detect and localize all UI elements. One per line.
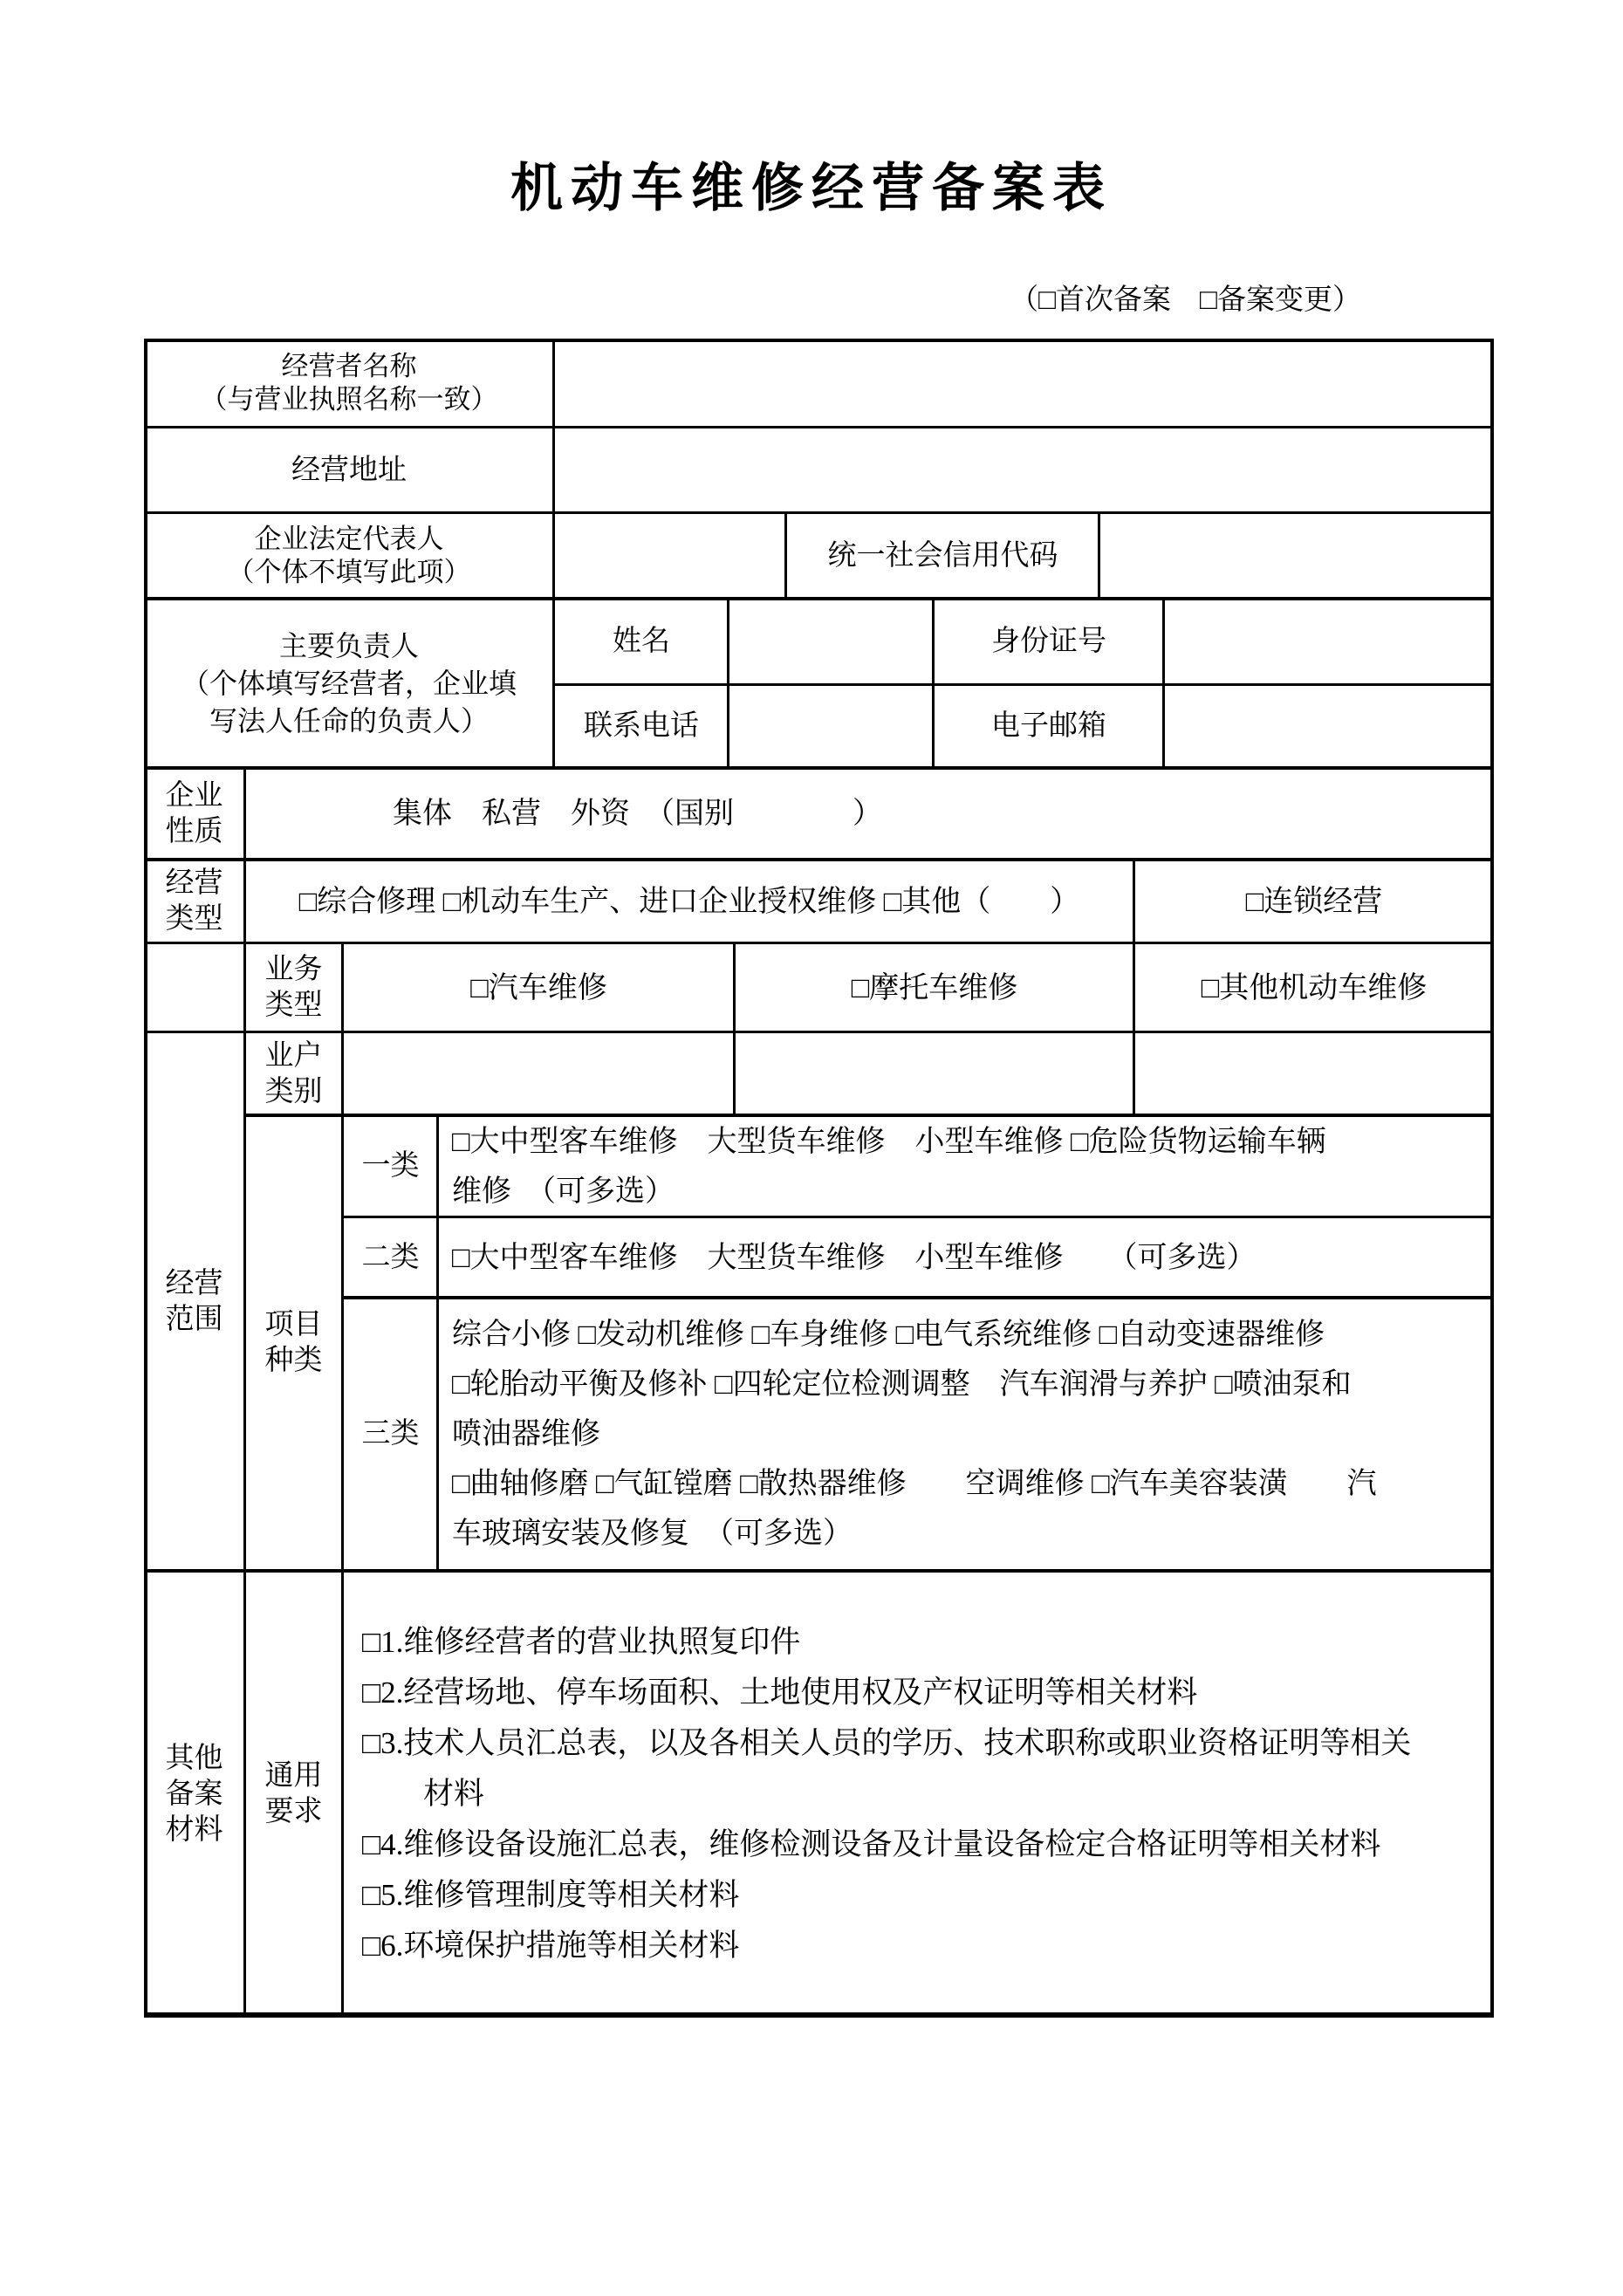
- option-line[interactable]: □大中型客车维修 大型货车维修 小型车维修 （可多选）: [452, 1233, 1257, 1283]
- label-line: 业户: [265, 1038, 323, 1074]
- option-line[interactable]: 集体 私营 外资 （国别 ）: [393, 789, 882, 839]
- legal-rep-value[interactable]: [554, 513, 786, 599]
- label-line: 类别: [265, 1074, 323, 1110]
- class1-options[interactable]: □大中型客车维修 大型货车维修 小型车维修 □危险货物运输车辆 维修 （可多选）: [438, 1115, 1494, 1217]
- label-line: 联系电话: [584, 709, 699, 744]
- label-line: 写法人任命的负责人）: [209, 703, 489, 740]
- credit-code-label: 统一社会信用代码: [786, 513, 1099, 599]
- label-line: 经营地址: [291, 453, 407, 489]
- label-line: 类型: [265, 988, 323, 1024]
- materials-checklist: □1.维修经营者的营业执照复印件 □2.经营场地、停车场面积、土地使用权及产权证…: [343, 1571, 1494, 2018]
- name-value[interactable]: [729, 599, 934, 685]
- label-line: 身份证号: [991, 624, 1106, 660]
- operator-name-label: 经营者名称 （与营业执照名称一致）: [144, 339, 554, 428]
- option-line[interactable]: 喷油器维修: [452, 1409, 600, 1459]
- class3-options[interactable]: 综合小修 □发动机维修 □车身维修 □电气系统维修 □自动变速器维修 □轮胎动平…: [438, 1298, 1494, 1571]
- id-number-value[interactable]: [1164, 599, 1494, 685]
- operator-category-value-1[interactable]: [343, 1032, 735, 1115]
- label-line: 备案: [166, 1777, 223, 1813]
- checklist-item[interactable]: □2.经营场地、停车场面积、土地使用权及产权证明等相关材料: [362, 1668, 1197, 1718]
- checklist-item[interactable]: □4.维修设备设施汇总表，维修检测设备及计量设备检定合格证明等相关材料: [362, 1820, 1380, 1870]
- option-line[interactable]: □其他机动车维修: [1202, 963, 1428, 1013]
- filing-type-options[interactable]: （□首次备案 □备案变更）: [1010, 281, 1361, 319]
- label-line: 姓名: [613, 624, 670, 660]
- filing-form-table: 经营者名称 （与营业执照名称一致） 经营地址 企业法定代表人 （个体不填写此项）…: [144, 339, 1494, 2018]
- form-title: 机动车维修经营备案表: [0, 147, 1623, 222]
- checklist-item[interactable]: □1.维修经营者的营业执照复印件: [362, 1617, 800, 1668]
- business-scope-label: 经营 范围: [144, 1032, 244, 1571]
- class3-label: 三类: [343, 1298, 438, 1571]
- business-type-label: 经营 类型: [144, 860, 244, 943]
- label-line: 其他: [166, 1741, 223, 1777]
- option-line[interactable]: □大中型客车维修 大型货车维修 小型车维修 □危险货物运输车辆: [452, 1117, 1326, 1167]
- label-line: 统一社会信用代码: [828, 538, 1058, 574]
- option-line[interactable]: 车玻璃安装及修复 （可多选）: [452, 1509, 853, 1559]
- enterprise-nature-label: 企业 性质: [144, 768, 244, 860]
- other-materials-label: 其他 备案 材料: [144, 1571, 244, 2018]
- label-line: 范围: [166, 1302, 223, 1338]
- legal-rep-label: 企业法定代表人 （个体不填写此项）: [144, 513, 554, 599]
- business-type-options[interactable]: □综合修理 □机动车生产、进口企业授权维修 □其他（ ）: [244, 860, 1134, 943]
- service-type-label: 业务 类型: [244, 943, 343, 1032]
- label-line: 电子邮箱: [991, 709, 1106, 744]
- checklist-item[interactable]: □5.维修管理制度等相关材料: [362, 1870, 739, 1921]
- service-type-spacer: [144, 943, 244, 1032]
- label-line: 经营者名称: [282, 350, 417, 383]
- label-line: 业务: [265, 952, 323, 988]
- option-line[interactable]: □综合修理 □机动车生产、进口企业授权维修 □其他（ ）: [299, 877, 1080, 927]
- option-other-vehicle-repair[interactable]: □其他机动车维修: [1134, 943, 1494, 1032]
- label-line: 通用: [265, 1758, 323, 1794]
- label-line: 经营: [166, 866, 223, 901]
- operator-category-value-3[interactable]: [1134, 1032, 1494, 1115]
- label-line: 种类: [265, 1343, 323, 1379]
- label-line: 一类: [362, 1148, 420, 1184]
- option-line[interactable]: □汽车维修: [470, 963, 607, 1013]
- phone-value[interactable]: [729, 685, 934, 768]
- label-line: 要求: [265, 1794, 323, 1830]
- label-line: 二类: [362, 1240, 420, 1276]
- label-line: 企业法定代表人: [255, 523, 444, 556]
- principal-label: 主要负责人 （个体填写经营者，企业填 写法人任命的负责人）: [144, 599, 554, 768]
- class1-label: 一类: [343, 1115, 438, 1217]
- address-value[interactable]: [554, 428, 1494, 513]
- project-type-label: 项目 种类: [244, 1115, 343, 1571]
- checklist-item[interactable]: □3.技术人员汇总表，以及各相关人员的学历、技术职称或职业资格证明等相关: [362, 1718, 1411, 1769]
- enterprise-nature-options[interactable]: 集体 私营 外资 （国别 ）: [244, 768, 1494, 860]
- label-line: （与营业执照名称一致）: [201, 383, 498, 416]
- class2-label: 二类: [343, 1217, 438, 1298]
- label-line: 企业: [166, 778, 223, 814]
- email-label: 电子邮箱: [934, 685, 1164, 768]
- credit-code-value[interactable]: [1099, 513, 1494, 599]
- label-line: （个体不填写此项）: [228, 556, 471, 589]
- label-line: 类型: [166, 901, 223, 937]
- operator-name-value[interactable]: [554, 339, 1494, 428]
- class2-options[interactable]: □大中型客车维修 大型货车维修 小型车维修 （可多选）: [438, 1217, 1494, 1298]
- label-line: 主要负责人: [279, 627, 419, 665]
- address-label: 经营地址: [144, 428, 554, 513]
- label-line: （个体填写经营者，企业填: [181, 665, 517, 703]
- general-requirements-label: 通用 要求: [244, 1571, 343, 2018]
- label-line: 三类: [362, 1416, 420, 1452]
- document-page: 机动车维修经营备案表 （□首次备案 □备案变更）: [0, 0, 1623, 2296]
- chain-operation-option[interactable]: □连锁经营: [1134, 860, 1494, 943]
- option-line[interactable]: 维修 （可多选）: [452, 1167, 675, 1217]
- label-line: 经营: [166, 1266, 223, 1302]
- email-value[interactable]: [1164, 685, 1494, 768]
- option-line[interactable]: □曲轴修磨 □气缸镗磨 □散热器维修 空调维修 □汽车美容装潢 汽: [452, 1459, 1377, 1509]
- operator-category-label: 业户 类别: [244, 1032, 343, 1115]
- option-motorcycle-repair[interactable]: □摩托车维修: [735, 943, 1134, 1032]
- checklist-item-continuation: 材料: [362, 1769, 484, 1820]
- option-line[interactable]: □摩托车维修: [852, 963, 1018, 1013]
- label-line: 项目: [265, 1307, 323, 1343]
- operator-category-value-2[interactable]: [735, 1032, 1134, 1115]
- option-line[interactable]: □连锁经营: [1246, 877, 1383, 927]
- phone-label: 联系电话: [554, 685, 729, 768]
- id-number-label: 身份证号: [934, 599, 1164, 685]
- option-line[interactable]: 综合小修 □发动机维修 □车身维修 □电气系统维修 □自动变速器维修: [452, 1310, 1325, 1360]
- option-car-repair[interactable]: □汽车维修: [343, 943, 735, 1032]
- checklist-item[interactable]: □6.环境保护措施等相关材料: [362, 1921, 739, 1971]
- option-line[interactable]: □轮胎动平衡及修补 □四轮定位检测调整 汽车润滑与养护 □喷油泵和: [452, 1360, 1352, 1409]
- label-line: 性质: [166, 814, 223, 850]
- label-line: 材料: [166, 1813, 223, 1848]
- name-label: 姓名: [554, 599, 729, 685]
